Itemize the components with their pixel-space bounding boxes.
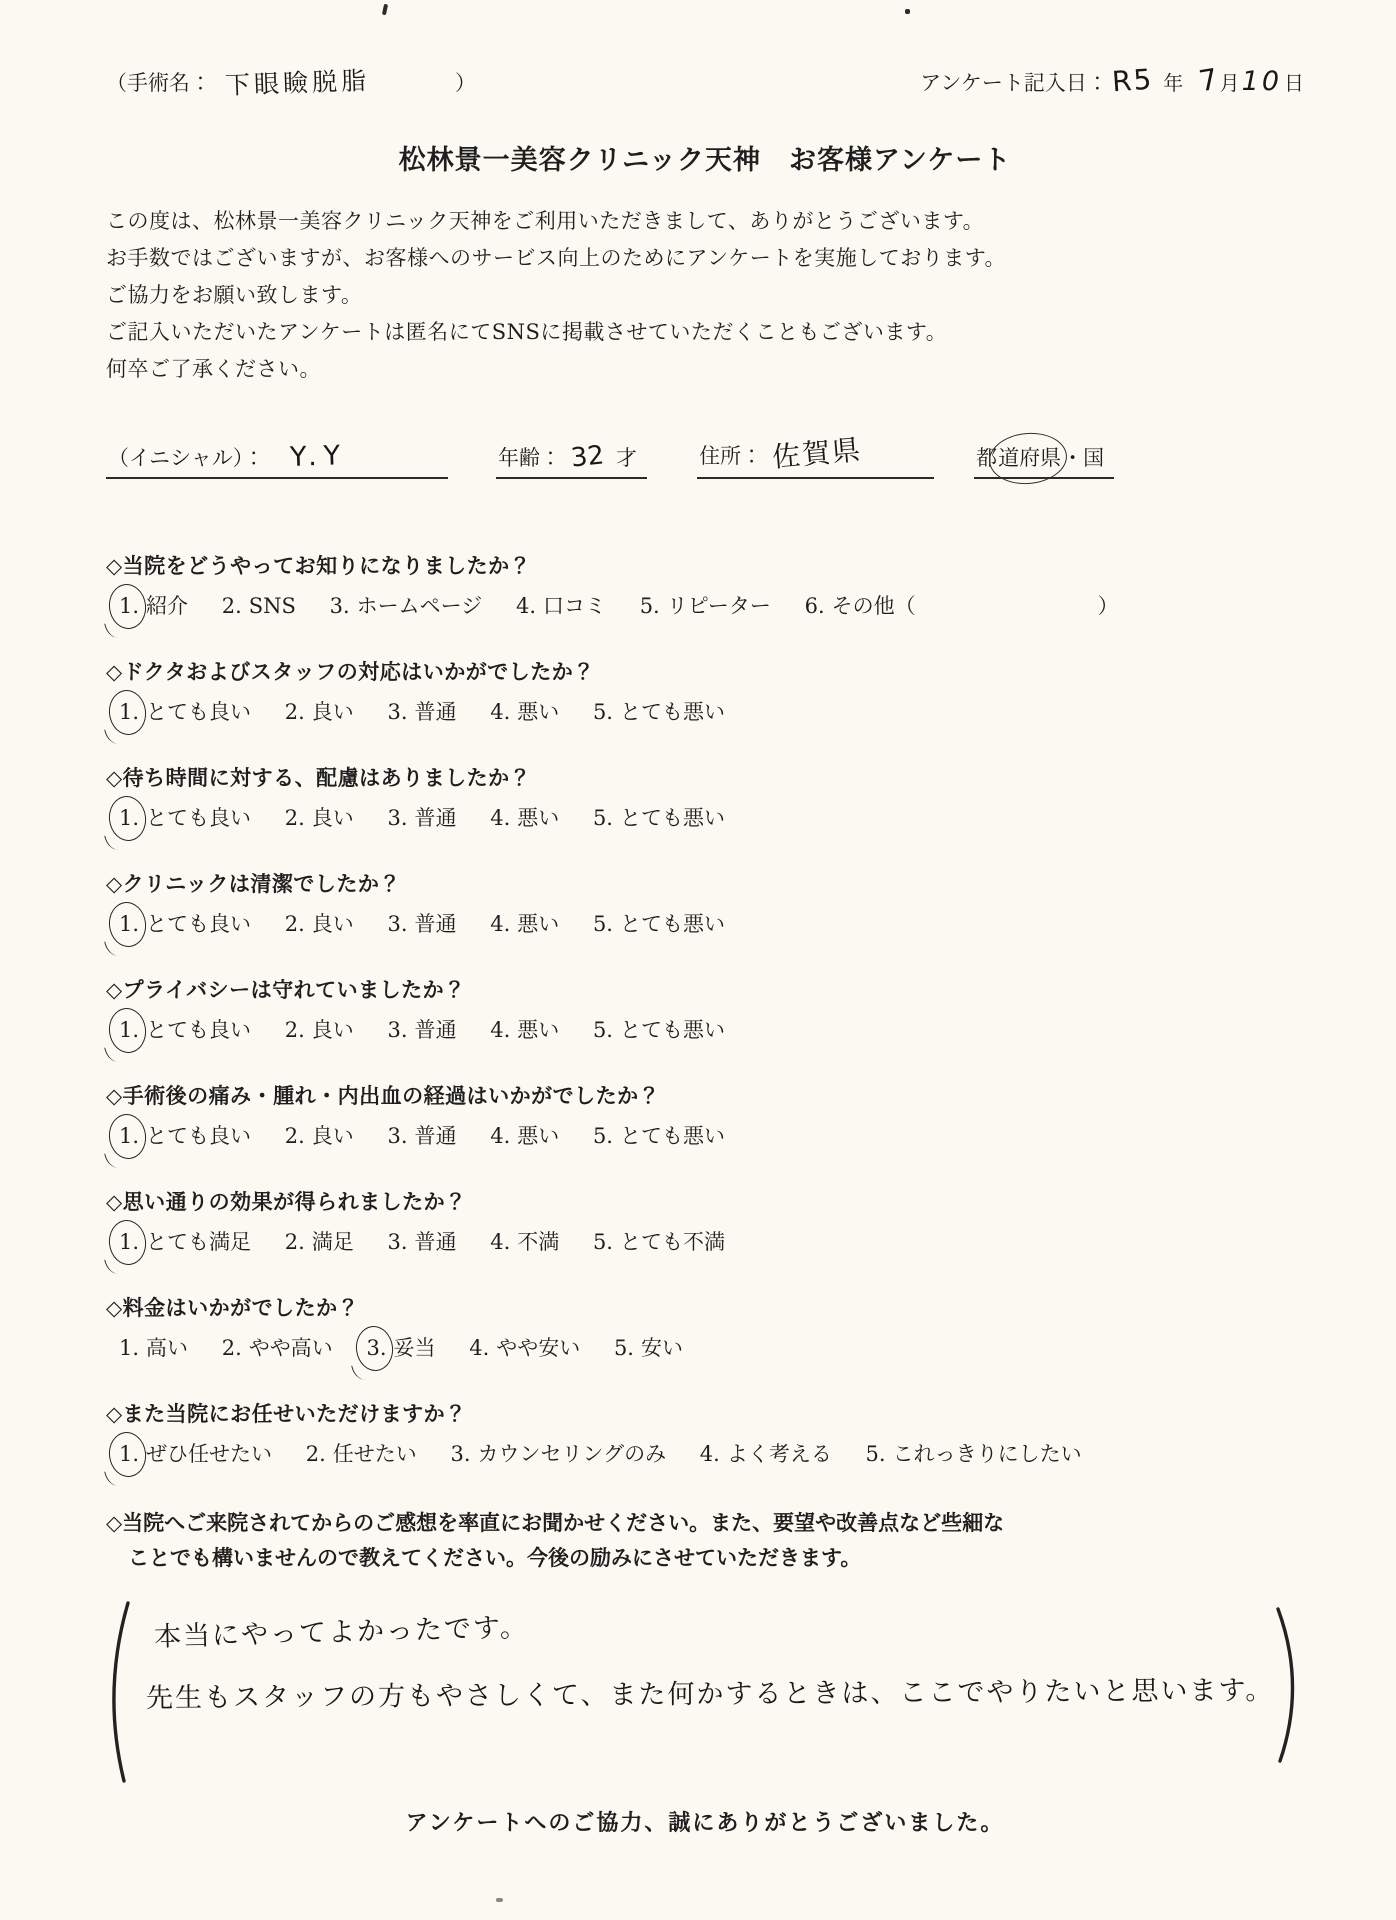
option-label: とても良い [146, 1124, 251, 1148]
option-number: 4. [700, 1439, 720, 1469]
option-label: 普通 [415, 700, 457, 724]
scan-speck [496, 1898, 503, 1902]
option: 3.普通 [387, 806, 456, 830]
option-label: 悪い [517, 1018, 559, 1042]
option: 5.とても悪い [593, 806, 725, 830]
option-label: 良い [312, 806, 354, 830]
option-label: 普通 [415, 1230, 457, 1254]
question-heading: ◇待ち時間に対する、配慮はありましたか？ [106, 763, 1304, 793]
region-field: 都 道府県 ・国 [974, 442, 1114, 479]
handwritten-age: 32 [570, 440, 606, 473]
survey-date-field: アンケート記入日： R5 年 7 月 10 日 [920, 63, 1304, 97]
circled-answer: 1. [119, 1015, 139, 1045]
handwritten-surgery-name: 下眼瞼脱脂 [224, 58, 455, 102]
address-label: 住所： [699, 440, 762, 470]
option-number: 5. [593, 803, 613, 833]
option-label: 普通 [415, 1018, 457, 1042]
option-number: 5. [614, 1333, 634, 1363]
option-label: 妥当 [394, 1336, 436, 1360]
option-label: 普通 [415, 1124, 457, 1148]
option-number: 5. [593, 1227, 613, 1257]
option-label: 悪い [517, 1124, 559, 1148]
age-field: 年齢： 32 才 [496, 442, 647, 479]
option-number: 3. [387, 1121, 407, 1151]
option-number: 5. [593, 1121, 613, 1151]
option-label: 普通 [415, 912, 457, 936]
scanned-survey-form: （手術名： 下眼瞼脱脂 ） アンケート記入日： R5 年 7 月 10 日 松林… [0, 0, 1396, 1920]
option-label: とても悪い [620, 700, 725, 724]
question-block-1: ◇当院をどうやってお知りになりましたか？ 1.紹介 2.SNS 3.ホームページ… [106, 551, 1304, 621]
option-number: 4. [490, 697, 510, 727]
question-block-9: ◇また当院にお任せいただけますか？ 1.ぜひ任せたい 2.任せたい 3.カウンセ… [106, 1399, 1304, 1469]
option: 1.ぜひ任せたい [119, 1442, 272, 1466]
option-label: とても悪い [620, 1018, 725, 1042]
option-label: 任せたい [333, 1442, 417, 1466]
circled-answer: 1. [119, 1439, 139, 1469]
intro-paragraph: この度は、松林景一美容クリニック天神をご利用いただきまして、ありがとうございます… [106, 203, 1304, 388]
option-label: 良い [312, 700, 354, 724]
option-number: 2. [306, 1439, 326, 1469]
option: 4.やや安い [469, 1336, 580, 1360]
scan-speck [905, 9, 910, 14]
option-label: 良い [312, 912, 354, 936]
surgery-name-close-paren: ） [455, 67, 476, 97]
intro-line: お手数ではございますが、お客様へのサービス向上のためにアンケートを実施しておりま… [106, 240, 1304, 277]
option: 2.良い [285, 806, 354, 830]
initial-label: （イニシャル）： [108, 442, 264, 472]
question-block-8: ◇料金はいかがでしたか？ 1.高い 2.やや高い 3.妥当 4.やや安い 5.安… [106, 1293, 1304, 1363]
option-number: 2. [285, 1015, 305, 1045]
option-number: 3. [387, 803, 407, 833]
surgery-name-label: （手術名： [106, 67, 211, 97]
option-number: 2. [285, 803, 305, 833]
option: 5.リピーター [640, 594, 771, 618]
option: 2.満足 [285, 1230, 354, 1254]
option-label: カウンセリングのみ [478, 1442, 667, 1466]
close-bracket-stroke [1270, 1605, 1312, 1765]
initial-field: （イニシャル）： Y.Y [106, 441, 448, 479]
option: 2.SNS [222, 594, 296, 618]
option-label: とても悪い [620, 806, 725, 830]
handwritten-address: 佐賀県 [771, 428, 864, 476]
option: 1.とても良い [119, 1124, 251, 1148]
option: 2.やや高い [222, 1336, 333, 1360]
option: 4.口コミ [516, 594, 606, 618]
intro-line: ご協力をお願い致します。 [106, 277, 1304, 314]
footer-thanks: アンケートへのご協力、誠にありがとうございました。 [106, 1806, 1304, 1837]
circled-answer: 3. [366, 1333, 386, 1363]
option-label: 満足 [312, 1230, 354, 1254]
option-label: 高い [146, 1336, 188, 1360]
question-options: 1.紹介 2.SNS 3.ホームページ 4.口コミ 5.リピーター 6.その他（… [106, 591, 1304, 621]
question-heading: ◇ドクタおよびスタッフの対応はいかがでしたか？ [106, 657, 1304, 687]
option-label: 良い [312, 1018, 354, 1042]
question-options: 1.とても良い 2.良い 3.普通 4.悪い 5.とても悪い [106, 1015, 1304, 1045]
question-options: 1.高い 2.やや高い 3.妥当 4.やや安い 5.安い [106, 1333, 1304, 1363]
year-unit: 年 [1163, 67, 1183, 96]
option: 1.とても満足 [119, 1230, 251, 1254]
option-label: 悪い [517, 912, 559, 936]
question-block-6: ◇手術後の痛み・腫れ・内出血の経過はいかがでしたか？ 1.とても良い 2.良い … [106, 1081, 1304, 1151]
question-heading: ◇クリニックは清潔でしたか？ [106, 869, 1304, 899]
option-number: 4. [469, 1333, 489, 1363]
option: 4.悪い [490, 1018, 559, 1042]
option-number: 2. [285, 1227, 305, 1257]
intro-line: 何卒ご了承ください。 [106, 351, 1304, 388]
option-number: 4. [490, 1227, 510, 1257]
option-label: リピーター [667, 594, 771, 618]
option-label: とても悪い [620, 912, 725, 936]
option-label: 悪い [517, 700, 559, 724]
option-label: 安い [641, 1336, 683, 1360]
option-label: 普通 [415, 806, 457, 830]
day-unit: 日 [1284, 67, 1304, 96]
address-field: 住所： 佐賀県 [697, 432, 934, 479]
handwritten-comment-box: 本当にやってよかったです。 先生もスタッフの方もやさしくて、また何かするときは、… [106, 1597, 1304, 1792]
option: 5.これっきりにしたい [866, 1442, 1082, 1466]
question-block-3: ◇待ち時間に対する、配慮はありましたか？ 1.とても良い 2.良い 3.普通 4… [106, 763, 1304, 833]
option-label: とても良い [146, 912, 251, 936]
option-number: 2. [285, 697, 305, 727]
option: 1.とても良い [119, 806, 251, 830]
option-number: 2. [285, 1121, 305, 1151]
option-number: 2. [222, 1333, 242, 1363]
question-heading: ◇プライバシーは守れていましたか？ [106, 975, 1304, 1005]
question-heading: ◇料金はいかがでしたか？ [106, 1293, 1304, 1323]
option-label: やや高い [249, 1336, 333, 1360]
option: 5.とても悪い [593, 700, 725, 724]
intro-line: ご記入いただいたアンケートは匿名にてSNSに掲載させていただくこともございます。 [106, 314, 1304, 351]
option-label: とても満足 [146, 1230, 251, 1254]
option-label: SNS [249, 594, 296, 618]
feedback-line-1: ◇当院へご来院されてからのご感想を率直にお聞かせください。また、要望や改善点など… [106, 1505, 1304, 1540]
option: 2.良い [285, 912, 354, 936]
option: 3.普通 [387, 1124, 456, 1148]
option-number: 4. [490, 1015, 510, 1045]
profile-row: （イニシャル）： Y.Y 年齢： 32 才 住所： 佐賀県 都 道府県 ・国 [106, 432, 1304, 479]
option-number: 4. [490, 1121, 510, 1151]
form-title: 松林景一美容クリニック天神 お客様アンケート [106, 138, 1304, 177]
option: 1.とても良い [119, 700, 251, 724]
option: 3.ホームページ [330, 594, 483, 618]
option-label: 悪い [517, 806, 559, 830]
age-unit: 才 [616, 442, 637, 472]
option: 4.よく考える [700, 1442, 832, 1466]
handwritten-era-year: R5 [1111, 63, 1154, 99]
handwritten-initials: Y.Y [290, 440, 348, 473]
circled-region-annotation: 道府県 [997, 442, 1062, 472]
option-number: 2. [285, 909, 305, 939]
option-label: とても悪い [620, 1124, 725, 1148]
question-options: 1.とても良い 2.良い 3.普通 4.悪い 5.とても悪い [106, 697, 1304, 727]
handwritten-month: 7 [1197, 62, 1221, 98]
option-label: ホームページ [357, 594, 483, 618]
question-heading: ◇また当院にお任せいただけますか？ [106, 1399, 1304, 1429]
option-number: 2. [222, 591, 242, 621]
feedback-line-2: ことでも構いませんので教えてください。今後の励みにさせていただきます。 [106, 1540, 1304, 1575]
circled-answer: 1. [119, 803, 139, 833]
option-label: とても不満 [620, 1230, 725, 1254]
option: 1.とても良い [119, 912, 251, 936]
option: 3.普通 [387, 700, 456, 724]
option-number: 4. [490, 803, 510, 833]
open-bracket-stroke [94, 1597, 136, 1787]
option-label: これっきりにしたい [893, 1442, 1082, 1466]
question-block-7: ◇思い通りの効果が得られましたか？ 1.とても満足 2.満足 3.普通 4.不満… [106, 1187, 1304, 1257]
question-heading: ◇思い通りの効果が得られましたか？ [106, 1187, 1304, 1217]
option: 2.良い [285, 1018, 354, 1042]
option: 3.カウンセリングのみ [450, 1442, 666, 1466]
question-options: 1.とても満足 2.満足 3.普通 4.不満 5.とても不満 [106, 1227, 1304, 1257]
circled-answer: 1. [119, 697, 139, 727]
option: 3.普通 [387, 912, 456, 936]
question-heading: ◇手術後の痛み・腫れ・内出血の経過はいかがでしたか？ [106, 1081, 1304, 1111]
question-options: 1.とても良い 2.良い 3.普通 4.悪い 5.とても悪い [106, 1121, 1304, 1151]
handwritten-day: 10 [1242, 66, 1282, 97]
question-heading: ◇当院をどうやってお知りになりましたか？ [106, 551, 1304, 581]
option: 5.とても不満 [593, 1230, 725, 1254]
question-block-2: ◇ドクタおよびスタッフの対応はいかがでしたか？ 1.とても良い 2.良い 3.普… [106, 657, 1304, 727]
option: 3.妥当 [366, 1336, 435, 1360]
option: 2.任せたい [306, 1442, 417, 1466]
question-block-5: ◇プライバシーは守れていましたか？ 1.とても良い 2.良い 3.普通 4.悪い… [106, 975, 1304, 1045]
option-number: 1. [119, 1333, 139, 1363]
option-label: とても良い [146, 1018, 251, 1042]
option: 4.悪い [490, 700, 559, 724]
other-close-paren: ） [1098, 594, 1119, 618]
question-options: 1.ぜひ任せたい 2.任せたい 3.カウンセリングのみ 4.よく考える 5.これ… [106, 1439, 1304, 1469]
option: 1.紹介 [119, 594, 188, 618]
question-options: 1.とても良い 2.良い 3.普通 4.悪い 5.とても悪い [106, 909, 1304, 939]
question-list: ◇当院をどうやってお知りになりましたか？ 1.紹介 2.SNS 3.ホームページ… [106, 551, 1304, 1469]
region-suffix: ・国 [1062, 442, 1104, 472]
option-label: とても良い [146, 700, 251, 724]
option-number: 3. [387, 697, 407, 727]
option-number: 3. [387, 1015, 407, 1045]
option: 3.普通 [387, 1230, 456, 1254]
month-unit: 月 [1220, 67, 1240, 96]
option-label: やや安い [496, 1336, 580, 1360]
option: 4.悪い [490, 1124, 559, 1148]
intro-line: この度は、松林景一美容クリニック天神をご利用いただきまして、ありがとうございます… [106, 203, 1304, 240]
circled-answer: 1. [119, 591, 139, 621]
survey-date-label: アンケート記入日： [920, 67, 1108, 97]
option-label: とても良い [146, 806, 251, 830]
option-label: 口コミ [543, 594, 606, 618]
option: 6.その他（） [805, 594, 1119, 618]
option-label: 紹介 [146, 594, 188, 618]
comment-line-1: 本当にやってよかったです。 [154, 1608, 530, 1658]
option-label: その他（ [832, 594, 916, 618]
option-label: 不満 [517, 1230, 559, 1254]
option: 5.安い [614, 1336, 683, 1360]
age-label: 年齢： [498, 442, 561, 472]
comment-line-2: 先生もスタッフの方もやさしくて、また何かするときは、ここでやりたいと思います。 [146, 1671, 1275, 1719]
option-number: 5. [593, 1015, 613, 1045]
option: 2.良い [285, 700, 354, 724]
option-number: 3. [330, 591, 350, 621]
option-number: 4. [516, 591, 536, 621]
option-number: 5. [593, 909, 613, 939]
circled-answer: 1. [119, 909, 139, 939]
feedback-question: ◇当院へご来院されてからのご感想を率直にお聞かせください。また、要望や改善点など… [106, 1505, 1304, 1575]
option: 5.とても悪い [593, 1018, 725, 1042]
question-block-4: ◇クリニックは清潔でしたか？ 1.とても良い 2.良い 3.普通 4.悪い 5.… [106, 869, 1304, 939]
circled-answer: 1. [119, 1227, 139, 1257]
circled-answer: 1. [119, 1121, 139, 1151]
option-number: 5. [640, 591, 660, 621]
option: 1.高い [119, 1336, 188, 1360]
option: 1.とても良い [119, 1018, 251, 1042]
option-number: 3. [387, 1227, 407, 1257]
option: 5.とても悪い [593, 1124, 725, 1148]
option-number: 5. [866, 1439, 886, 1469]
option-number: 6. [805, 591, 825, 621]
option-number: 3. [450, 1439, 470, 1469]
option-number: 4. [490, 909, 510, 939]
option: 4.悪い [490, 806, 559, 830]
question-options: 1.とても良い 2.良い 3.普通 4.悪い 5.とても悪い [106, 803, 1304, 833]
option-label: 良い [312, 1124, 354, 1148]
option-label: よく考える [727, 1442, 832, 1466]
form-header: （手術名： 下眼瞼脱脂 ） アンケート記入日： R5 年 7 月 10 日 [106, 0, 1304, 98]
option: 4.不満 [490, 1230, 559, 1254]
option-label: ぜひ任せたい [146, 1442, 272, 1466]
option-number: 3. [387, 909, 407, 939]
option: 2.良い [285, 1124, 354, 1148]
option: 4.悪い [490, 912, 559, 936]
option-number: 5. [593, 697, 613, 727]
option: 3.普通 [387, 1018, 456, 1042]
option: 5.とても悪い [593, 912, 725, 936]
